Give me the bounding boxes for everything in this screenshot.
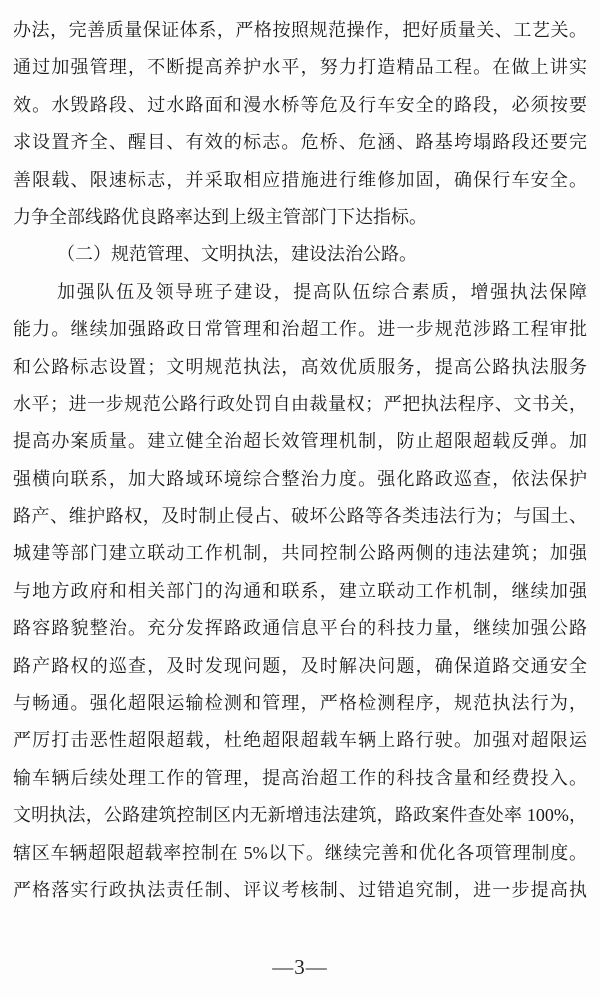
body-line-last: 严格落实行政执法责任制、评议考核制、过错追究制，进一步提高执	[13, 872, 587, 909]
body-line: 输车辆后续处理工作的管理，提高治超工作的科技含量和经费投入。	[13, 760, 587, 797]
body-line: 和公路标志设置；文明规范执法，高效优质服务，提高公路执法服务	[13, 349, 587, 386]
body-line: 通过加强管理，不断提高养护水平，努力打造精品工程。在做上讲实	[13, 49, 587, 86]
body-line-paragraph-start: 加强队伍及领导班子建设，提高队伍综合素质，增强执法保障	[13, 274, 587, 311]
body-line: 效。水毁路段、过水路面和漫水桥等危及行车安全的路段，必须按要	[13, 87, 587, 124]
body-line: 文明执法，公路建筑控制区内无新增违法建筑，路政案件查处率 100%，	[13, 797, 587, 834]
body-line: 办法，完善质量保证体系，严格按照规范操作，把好质量关、工艺关。	[13, 12, 587, 49]
body-line: 严厉打击恶性超限超载，杜绝超限超载车辆上路行驶。加强对超限运	[13, 722, 587, 759]
body-line: 辖区车辆超限超载率控制在 5%以下。继续完善和优化各项管理制度。	[13, 835, 587, 872]
body-line: 城建等部门建立联动工作机制，共同控制公路两侧的违法建筑；加强	[13, 535, 587, 572]
body-line: 善限载、限速标志，并采取相应措施进行维修加固，确保行车安全。	[13, 162, 587, 199]
body-line: 提高办案质量。建立健全治超长效管理机制，防止超限超载反弹。加	[13, 423, 587, 460]
body-line: 强横向联系，加大路域环境综合整治力度。强化路政巡查，依法保护	[13, 461, 587, 498]
body-line: 路容路貌整治。充分发挥路政通信息平台的科技力量，继续加强公路	[13, 610, 587, 647]
body-line-paragraph-end: 力争全部线路优良路率达到上级主管部门下达指标。	[13, 199, 587, 236]
body-line: 与畅通。强化超限运输检测和管理，严格检测程序，规范执法行为，	[13, 685, 587, 722]
body-line: 路产路权的巡查，及时发现问题，及时解决问题，确保道路交通安全	[13, 648, 587, 685]
body-line: 与地方政府和相关部门的沟通和联系，建立联动工作机制，继续加强	[13, 573, 587, 610]
body-line: 求设置齐全、醒目、有效的标志。危桥、危涵、路基垮塌路段还要完	[13, 124, 587, 161]
body-line: 路产、维护路权，及时制止侵占、破坏公路等各类违法行为；与国土、	[13, 498, 587, 535]
body-line: 水平；进一步规范公路行政处罚自由裁量权；严把执法程序、文书关，	[13, 386, 587, 423]
section-heading: （二）规范管理、文明执法，建设法治公路。	[13, 236, 587, 273]
body-text-block: 办法，完善质量保证体系，严格按照规范操作，把好质量关、工艺关。 通过加强管理，不…	[13, 12, 587, 909]
page-number: —3—	[0, 954, 600, 980]
body-line: 能力。继续加强路政日常管理和治超工作。进一步规范涉路工程审批	[13, 311, 587, 348]
document-page: 办法，完善质量保证体系，严格按照规范操作，把好质量关、工艺关。 通过加强管理，不…	[0, 0, 600, 999]
